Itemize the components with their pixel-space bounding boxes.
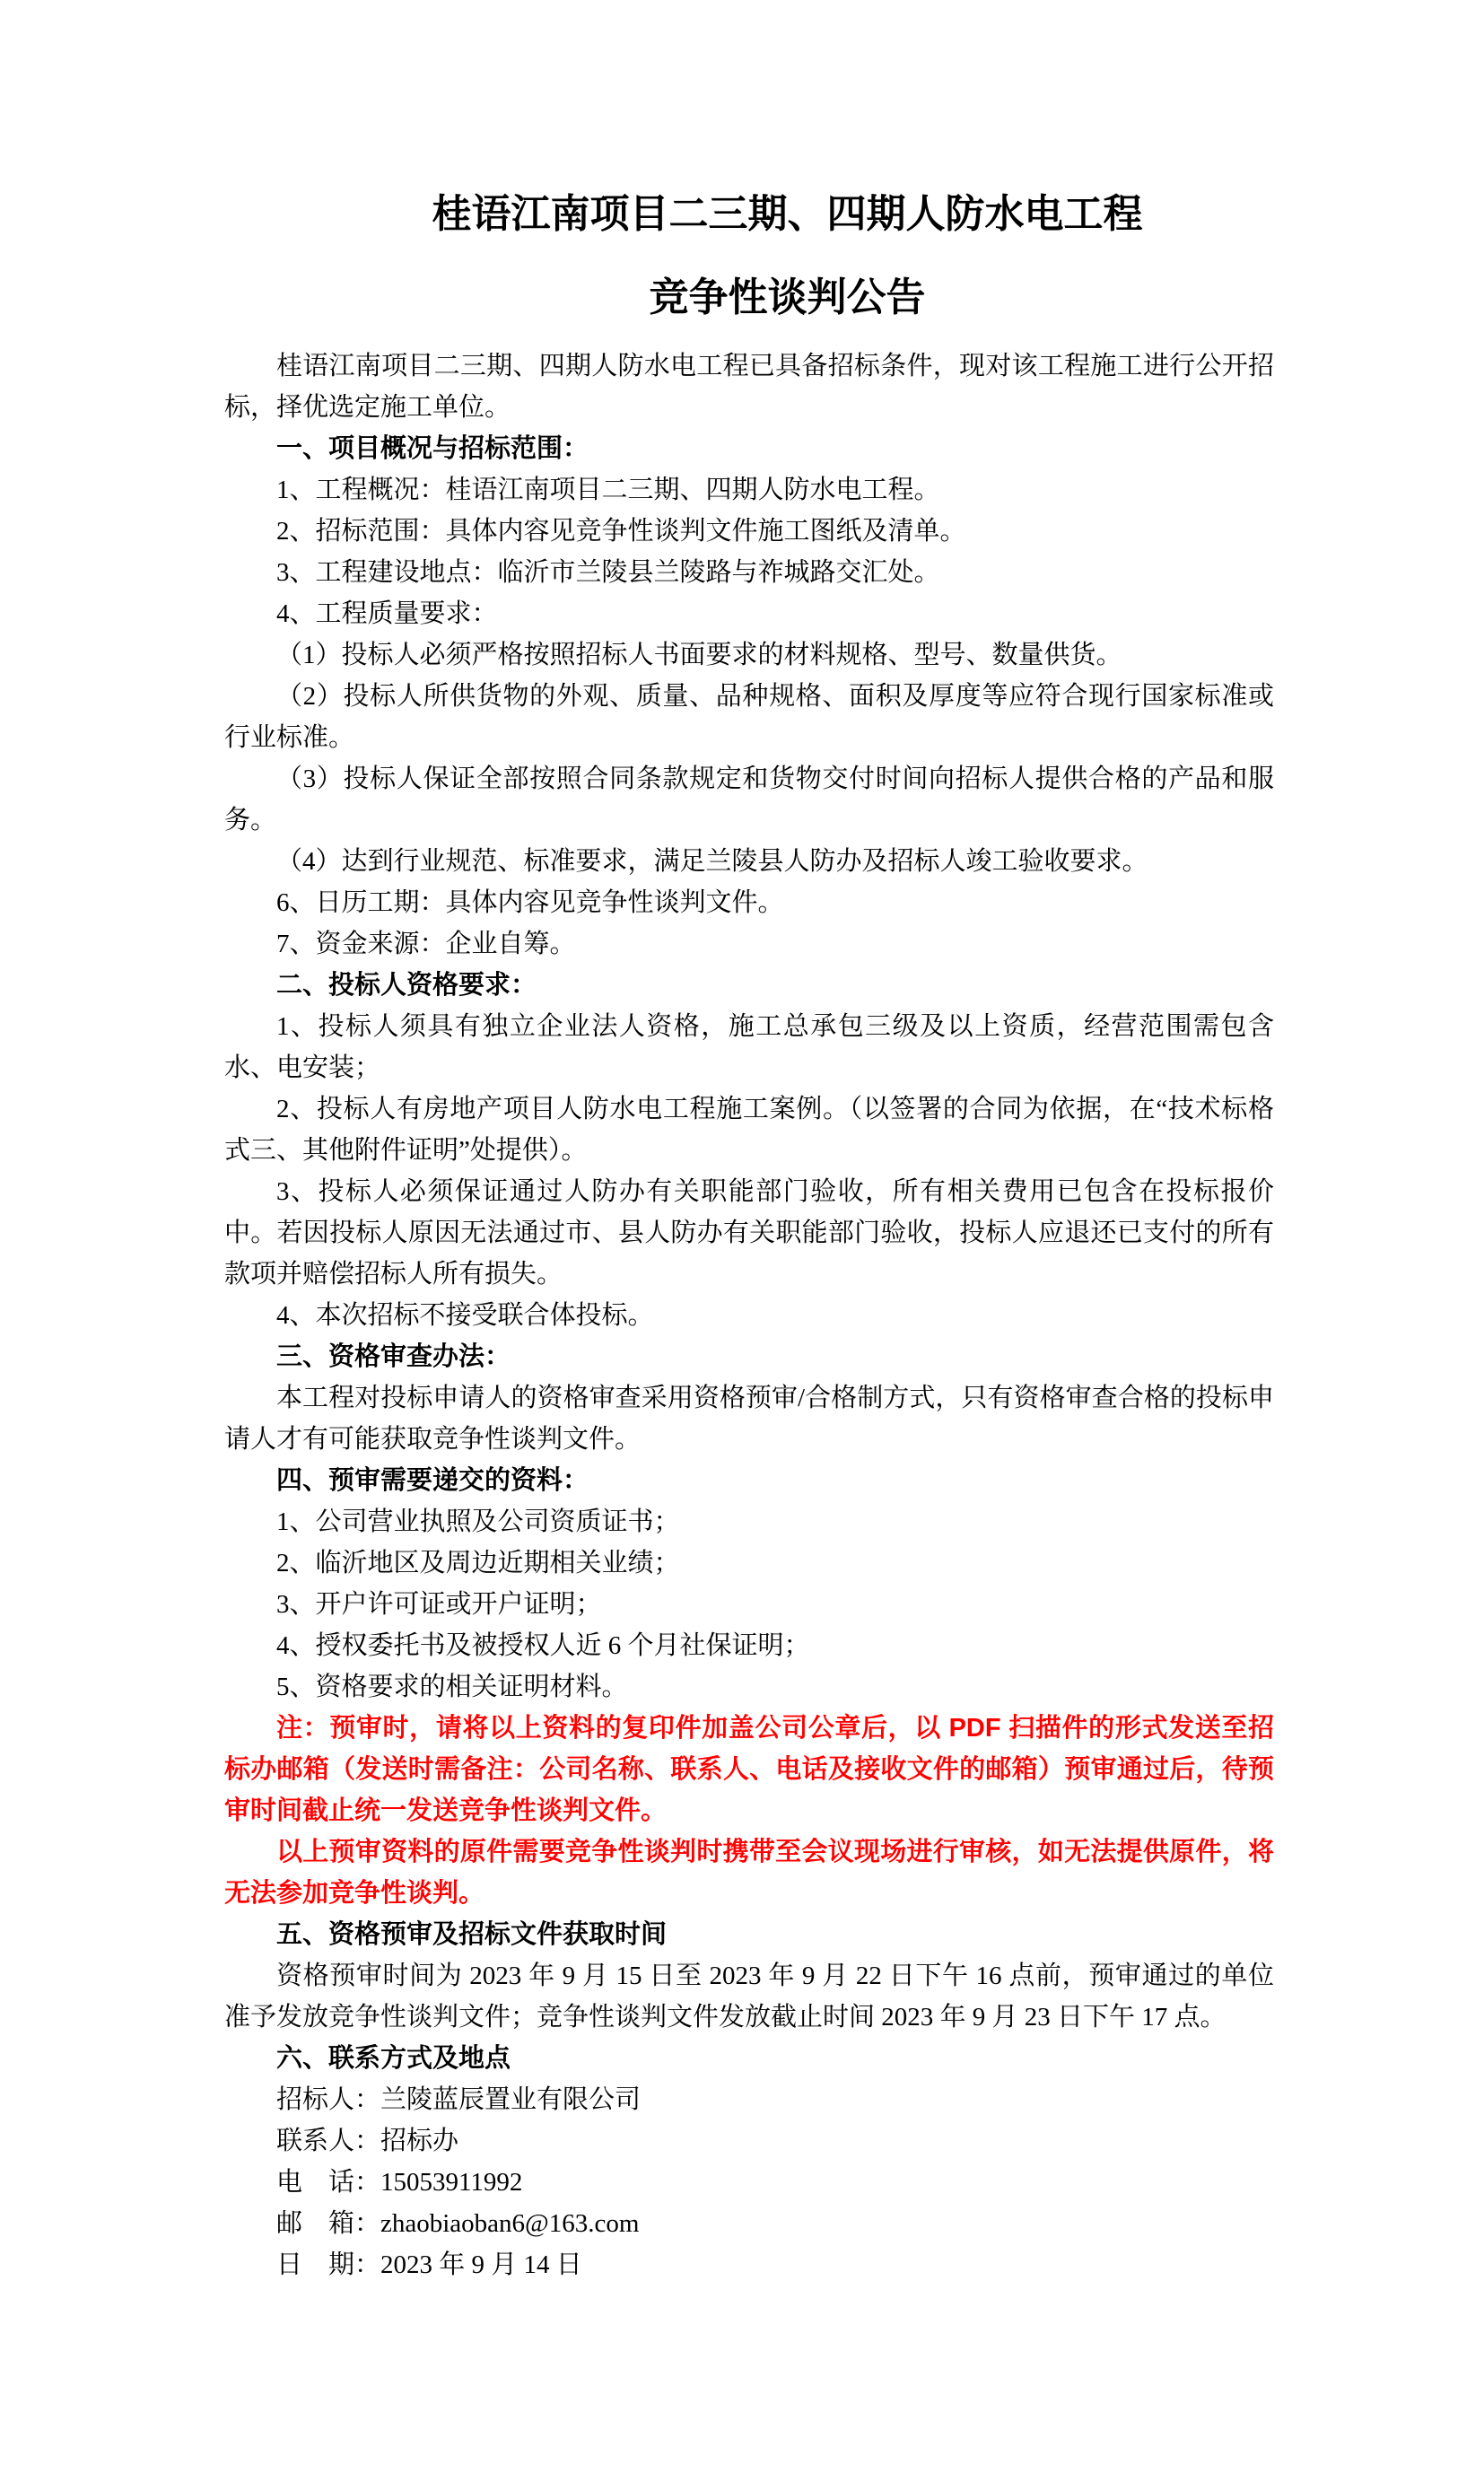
quality-subitem-1: （1）投标人必须严格按照招标人书面要求的材料规格、型号、数量供货。 <box>224 634 1274 676</box>
item-tender-scope: 2、招标范围：具体内容见竞争性谈判文件施工图纸及清单。 <box>224 511 1274 552</box>
section-heading-3: 三、资格审查办法： <box>224 1336 1274 1377</box>
section-heading-5: 五、资格预审及招标文件获取时间 <box>224 1914 1274 1955</box>
item-project-location: 3、工程建设地点：临沂市兰陵县兰陵路与祚城路交汇处。 <box>224 552 1274 593</box>
qualification-item-3: 3、投标人必须保证通过人防办有关职能部门验收，所有相关费用已包含在投标报价中。若… <box>224 1171 1274 1295</box>
review-method-paragraph: 本工程对投标申请人的资格审查采用资格预审/合格制方式，只有资格审查合格的投标申请… <box>224 1377 1274 1460</box>
section-heading-1: 一、项目概况与招标范围： <box>224 428 1274 469</box>
document-date: 日 期：2023 年 9 月 14 日 <box>224 2244 1274 2285</box>
contact-phone: 电 话：15053911992 <box>224 2162 1274 2203</box>
quality-subitem-3: （3）投标人保证全部按照合同条款规定和货物交付时间向招标人提供合格的产品和服务。 <box>224 758 1274 841</box>
contact-person: 联系人：招标办 <box>224 2120 1274 2162</box>
item-funding-source: 7、资金来源：企业自筹。 <box>224 923 1274 965</box>
item-project-overview: 1、工程概况：桂语江南项目二三期、四期人防水电工程。 <box>224 469 1274 511</box>
section-heading-2: 二、投标人资格要求： <box>224 965 1274 1006</box>
document-body: 桂语江南项目二三期、四期人防水电工程已具备招标条件，现对该工程施工进行公开招标，… <box>224 345 1274 2285</box>
qualification-item-4: 4、本次招标不接受联合体投标。 <box>224 1295 1274 1336</box>
document-title: 桂语江南项目二三期、四期人防水电工程 <box>224 190 1274 239</box>
material-item-1: 1、公司营业执照及公司资质证书； <box>224 1501 1274 1542</box>
red-note-2: 以上预审资料的原件需要竞争性谈判时携带至会议现场进行审核，如无法提供原件，将无法… <box>224 1831 1274 1914</box>
quality-subitem-4: （4）达到行业规范、标准要求，满足兰陵县人防办及招标人竣工验收要求。 <box>224 841 1274 882</box>
document-page: 桂语江南项目二三期、四期人防水电工程 竞争性谈判公告 桂语江南项目二三期、四期人… <box>0 0 1484 2473</box>
item-quality-requirements: 4、工程质量要求： <box>224 593 1274 634</box>
quality-subitem-2: （2）投标人所供货物的外观、质量、品种规格、面积及厚度等应符合现行国家标准或行业… <box>224 676 1274 758</box>
material-item-5: 5、资格要求的相关证明材料。 <box>224 1666 1274 1708</box>
contact-email: 邮 箱：zhaobiaoban6@163.com <box>224 2203 1274 2244</box>
material-item-2: 2、临沂地区及周边近期相关业绩； <box>224 1542 1274 1584</box>
section-heading-6: 六、联系方式及地点 <box>224 2038 1274 2079</box>
contact-tenderer: 招标人：兰陵蓝辰置业有限公司 <box>224 2079 1274 2120</box>
document-subtitle: 竞争性谈判公告 <box>224 274 1274 322</box>
material-item-4: 4、授权委托书及被授权人近 6 个月社保证明； <box>224 1625 1274 1666</box>
item-schedule: 6、日历工期：具体内容见竞争性谈判文件。 <box>224 882 1274 923</box>
section-heading-4: 四、预审需要递交的资料： <box>224 1460 1274 1501</box>
qualification-item-1: 1、投标人须具有独立企业法人资格，施工总承包三级及以上资质，经营范围需包含水、电… <box>224 1006 1274 1088</box>
intro-paragraph: 桂语江南项目二三期、四期人防水电工程已具备招标条件，现对该工程施工进行公开招标，… <box>224 345 1274 428</box>
red-note-1: 注：预审时，请将以上资料的复印件加盖公司公章后，以 PDF 扫描件的形式发送至招… <box>224 1708 1274 1831</box>
prequalification-time-paragraph: 资格预审时间为 2023 年 9 月 15 日至 2023 年 9 月 22 日… <box>224 1955 1274 2038</box>
material-item-3: 3、开户许可证或开户证明； <box>224 1584 1274 1625</box>
qualification-item-2: 2、投标人有房地产项目人防水电工程施工案例。（以签署的合同为依据，在“技术标格式… <box>224 1088 1274 1171</box>
